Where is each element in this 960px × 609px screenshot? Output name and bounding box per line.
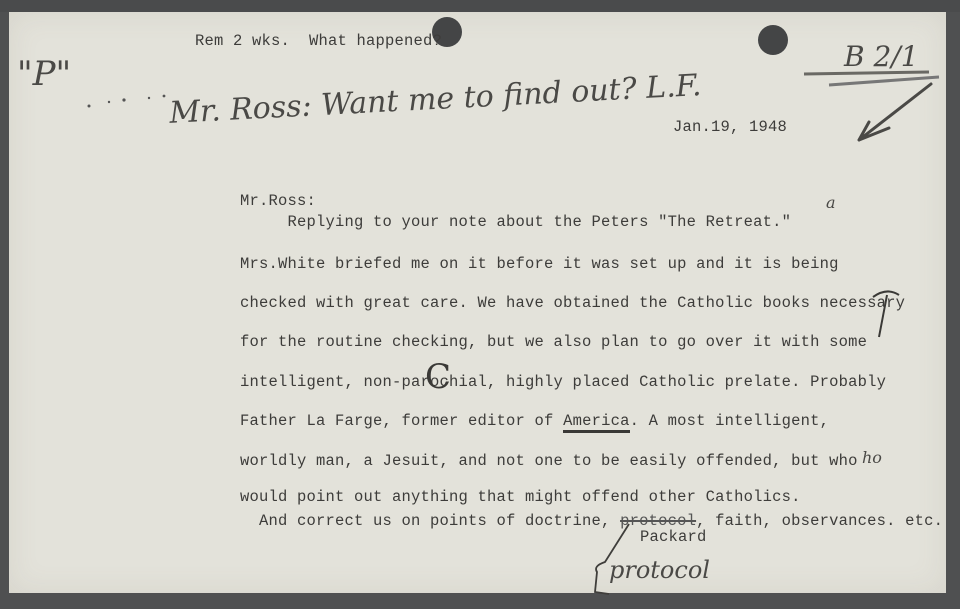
underlined-title: America [563,412,630,433]
correction-mark: C [425,357,451,397]
date: Jan.19, 1948 [673,118,787,136]
line-text: . A most intelligent, [630,412,830,430]
signature: Packard [640,528,707,546]
top-note: Rem 2 wks. What happened? [195,32,442,50]
scanner-background [0,0,960,12]
line-text: , faith, observances. etc. [696,512,943,530]
salutation: Mr.Ross: [240,192,316,210]
correction-mark: a [826,193,836,212]
body-line: for the routine checking, but we also pl… [240,333,867,351]
body-line-america: Father La Farge, former editor of Americ… [240,412,829,430]
body-line: Mrs.White briefed me on it before it was… [240,255,839,273]
body-line: intelligent, non-parochial, highly place… [240,373,886,391]
body-line: Replying to your note about the Peters "… [240,213,791,231]
index-card: "P" Rem 2 wks. What happened? Mr. Ross: … [9,12,946,593]
line-text: Father La Farge, former editor of [240,412,563,430]
check-mark-icon [799,52,949,152]
punch-hole [758,25,788,55]
body-line: worldly man, a Jesuit, and not one to be… [240,452,858,470]
correction-stroke [869,287,909,342]
margin-mark: "P" [17,54,71,94]
handwritten-insert: protocol [609,556,710,584]
handwritten-reply: Mr. Ross: Want me to find out? L.F. [168,68,702,131]
correction-mark: ho [862,448,882,467]
pencil-dots [69,82,189,112]
body-line: would point out anything that might offe… [240,488,801,506]
line-text: And correct us on points of doctrine, [240,512,620,530]
body-line: checked with great care. We have obtaine… [240,294,905,312]
